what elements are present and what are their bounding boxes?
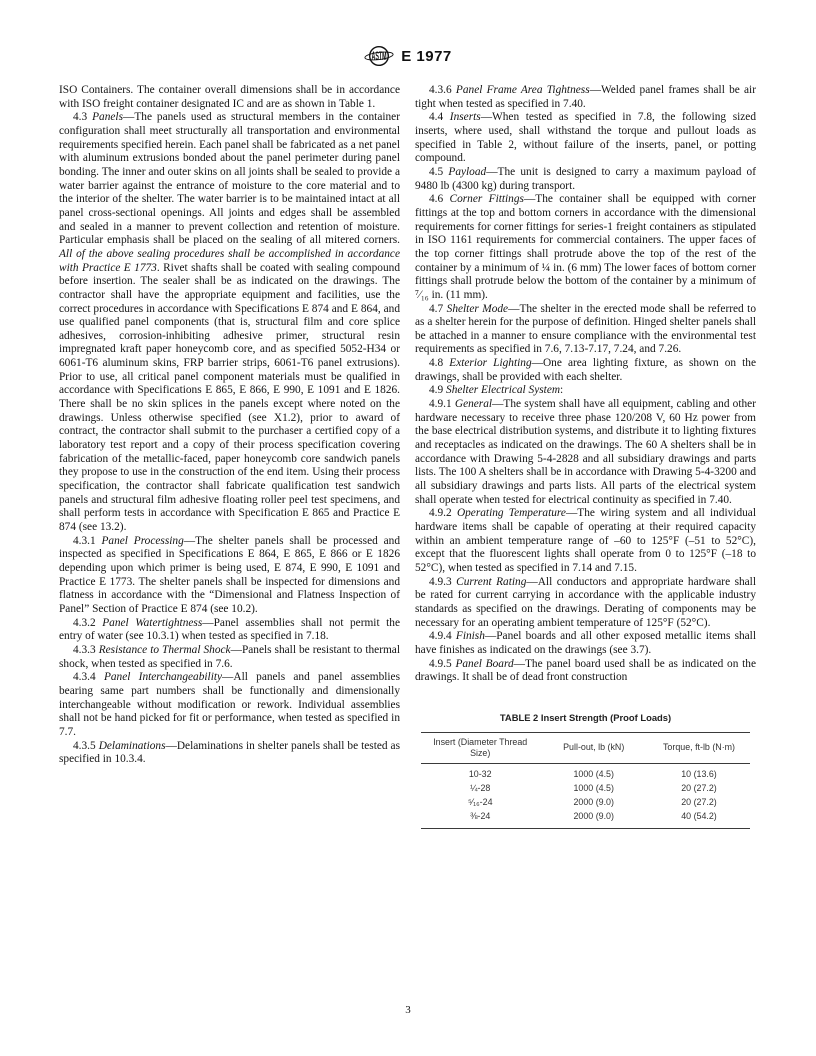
paragraph: 4.9.1 General—The system shall have all … xyxy=(415,398,756,507)
table-row: 10-321000 (4.5)10 (13.6) xyxy=(421,763,750,781)
paragraph: ISO Containers. The container overall di… xyxy=(59,84,400,111)
document-number: E 1977 xyxy=(401,48,452,65)
table-cell: 1000 (4.5) xyxy=(539,763,648,781)
two-column-body: ISO Containers. The container overall di… xyxy=(59,84,757,829)
paragraph: 4.3.6 Panel Frame Area Tightness—Welded … xyxy=(415,84,756,111)
table-header-cell: Pull-out, lb (kN) xyxy=(539,732,648,763)
paragraph: 4.3.4 Panel Interchangeability—All panel… xyxy=(59,671,400,739)
table-cell: 40 (54.2) xyxy=(648,809,750,828)
table-2-title: TABLE 2 Insert Strength (Proof Loads) xyxy=(421,711,750,725)
svg-text:ASTM: ASTM xyxy=(372,51,387,63)
table-body: 10-321000 (4.5)10 (13.6)¼-281000 (4.5)20… xyxy=(421,763,750,828)
table-cell: ¼-28 xyxy=(421,782,539,796)
paragraph: 4.3 Panels—The panels used as structural… xyxy=(59,111,400,534)
table-cell: 10 (13.6) xyxy=(648,763,750,781)
right-column: 4.3.6 Panel Frame Area Tightness—Welded … xyxy=(415,84,756,829)
table-header-cell: Torque, ft-lb (N·m) xyxy=(648,732,750,763)
table-cell: ⁵⁄₁₆-24 xyxy=(421,796,539,810)
document-page: ASTM E 1977 ISO Containers. The containe… xyxy=(0,0,816,1056)
paragraph: 4.3.2 Panel Watertightness—Panel assembl… xyxy=(59,617,400,644)
table-cell: 1000 (4.5) xyxy=(539,782,648,796)
paragraph: 4.6 Corner Fittings—The container shall … xyxy=(415,193,756,302)
table-2-block: TABLE 2 Insert Strength (Proof Loads) In… xyxy=(415,711,756,829)
paragraph: 4.8 Exterior Lighting—One area lighting … xyxy=(415,357,756,384)
right-column-text: 4.3.6 Panel Frame Area Tightness—Welded … xyxy=(415,84,756,685)
paragraph: 4.3.3 Resistance to Thermal Shock—Panels… xyxy=(59,644,400,671)
paragraph: 4.3.5 Delaminations—Delaminations in she… xyxy=(59,740,400,767)
paragraph: 4.9.4 Finish—Panel boards and all other … xyxy=(415,630,756,657)
page-header: ASTM E 1977 xyxy=(59,44,757,68)
paragraph: 4.4 Inserts—When tested as specified in … xyxy=(415,111,756,166)
left-column: ISO Containers. The container overall di… xyxy=(59,84,400,829)
paragraph: 4.9.5 Panel Board—The panel board used s… xyxy=(415,658,756,685)
paragraph: 4.9 Shelter Electrical System: xyxy=(415,384,756,398)
table-row: ⅜-242000 (9.0)40 (54.2) xyxy=(421,809,750,828)
paragraph: 4.9.3 Current Rating—All conductors and … xyxy=(415,576,756,631)
table-cell: 20 (27.2) xyxy=(648,782,750,796)
paragraph: 4.5 Payload—The unit is designed to carr… xyxy=(415,166,756,193)
paragraph: 4.3.1 Panel Processing—The shelter panel… xyxy=(59,535,400,617)
table-cell: ⅜-24 xyxy=(421,809,539,828)
astm-logo-icon: ASTM xyxy=(364,45,394,67)
paragraph: 4.9.2 Operating Temperature—The wiring s… xyxy=(415,507,756,575)
table-header-cell: Insert (Diameter Thread Size) xyxy=(421,732,539,763)
page-number: 3 xyxy=(0,1004,816,1016)
table-header: Insert (Diameter Thread Size)Pull-out, l… xyxy=(421,732,750,763)
table-cell: 10-32 xyxy=(421,763,539,781)
table-cell: 2000 (9.0) xyxy=(539,796,648,810)
insert-strength-table: Insert (Diameter Thread Size)Pull-out, l… xyxy=(421,732,750,830)
table-cell: 2000 (9.0) xyxy=(539,809,648,828)
table-cell: 20 (27.2) xyxy=(648,796,750,810)
table-row: ⁵⁄₁₆-242000 (9.0)20 (27.2) xyxy=(421,796,750,810)
table-row: ¼-281000 (4.5)20 (27.2) xyxy=(421,782,750,796)
paragraph: 4.7 Shelter Mode—The shelter in the erec… xyxy=(415,303,756,358)
